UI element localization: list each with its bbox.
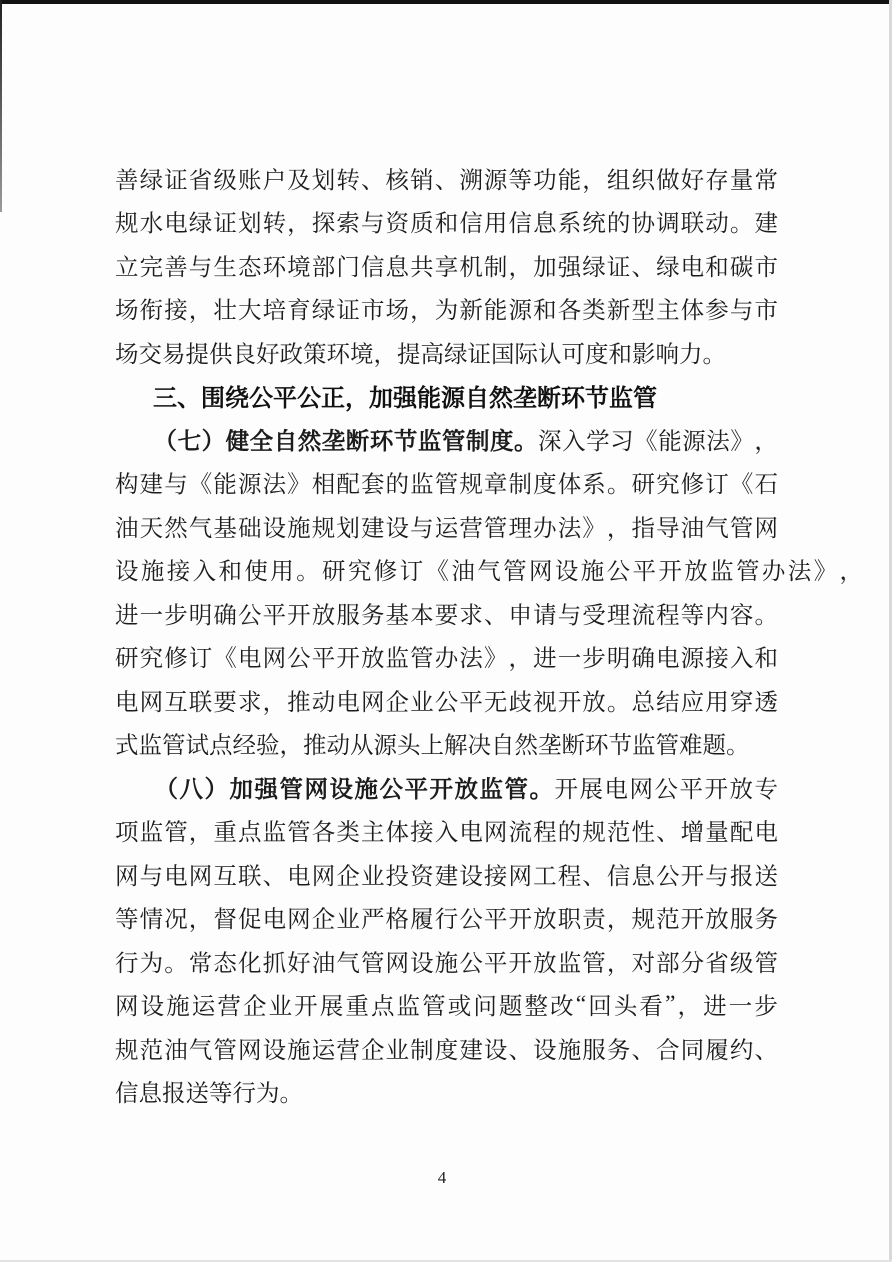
text-line: 网设施运营企业开展重点监管或问题整改“回头看”，进一步 bbox=[115, 983, 778, 1027]
scan-edge-left bbox=[0, 0, 2, 212]
text-line: 式监管试点经验，推动从源头上解决自然垄断环节监管难题。 bbox=[115, 722, 778, 766]
section-heading: 三、围绕公平公正，加强能源自然垄断环节监管 bbox=[115, 374, 778, 418]
text-line: 进一步明确公平开放服务基本要求、申请与受理流程等内容。 bbox=[115, 591, 778, 635]
text-line: 研究修订《电网公平开放监管办法》，进一步明确电源接入和 bbox=[115, 635, 778, 679]
text-line: 项监管，重点监管各类主体接入电网流程的规范性、增量配电 bbox=[115, 809, 778, 853]
text-line: 构建与《能源法》相配套的监管规章制度体系。研究修订《石 bbox=[115, 461, 778, 505]
text-line: 等情况，督促电网企业严格履行公平开放职责，规范开放服务 bbox=[115, 896, 778, 940]
document-page: 善绿证省级账户及划转、核销、溯源等功能，组织做好存量常规水电绿证划转，探索与资质… bbox=[0, 0, 892, 1262]
page-number: 4 bbox=[0, 1168, 884, 1188]
text-line: 立完善与生态环境部门信息共享机制，加强绿证、绿电和碳市 bbox=[115, 243, 778, 287]
text-line: 信息报送等行为。 bbox=[115, 1070, 778, 1114]
scan-edge-top bbox=[0, 0, 892, 4]
text-line: 行为。常态化抓好油气管网设施公平开放监管，对部分省级管 bbox=[115, 939, 778, 983]
text-line: （七）健全自然垄断环节监管制度。深入学习《能源法》， bbox=[115, 417, 778, 461]
document-body: 善绿证省级账户及划转、核销、溯源等功能，组织做好存量常规水电绿证划转，探索与资质… bbox=[115, 156, 778, 1113]
text-line: 场衔接，壮大培育绿证市场，为新能源和各类新型主体参与市 bbox=[115, 287, 778, 331]
text-line: 设施接入和使用。研究修订《油气管网设施公平开放监管办法》， bbox=[115, 548, 863, 592]
text-line: 油天然气基础设施规划建设与运营管理办法》，指导油气管网 bbox=[115, 504, 778, 548]
paragraph-indent bbox=[115, 395, 153, 396]
text-line: （八）加强管网设施公平开放监管。开展电网公平开放专 bbox=[115, 765, 778, 809]
text-line: 场交易提供良好政策环境，提高绿证国际认可度和影响力。 bbox=[115, 330, 778, 374]
paragraph-indent bbox=[115, 786, 153, 787]
text-line: 规水电绿证划转，探索与资质和信用信息系统的协调联动。建 bbox=[115, 200, 778, 244]
text-line: 规范油气管网设施运营企业制度建设、设施服务、合同履约、 bbox=[115, 1026, 778, 1070]
text-line: 网与电网互联、电网企业投资建设接网工程、信息公开与报送 bbox=[115, 852, 778, 896]
text-line: 善绿证省级账户及划转、核销、溯源等功能，组织做好存量常 bbox=[115, 156, 778, 200]
paragraph-indent bbox=[115, 438, 153, 439]
text-line: 电网互联要求，推动电网企业公平无歧视开放。总结应用穿透 bbox=[115, 678, 778, 722]
